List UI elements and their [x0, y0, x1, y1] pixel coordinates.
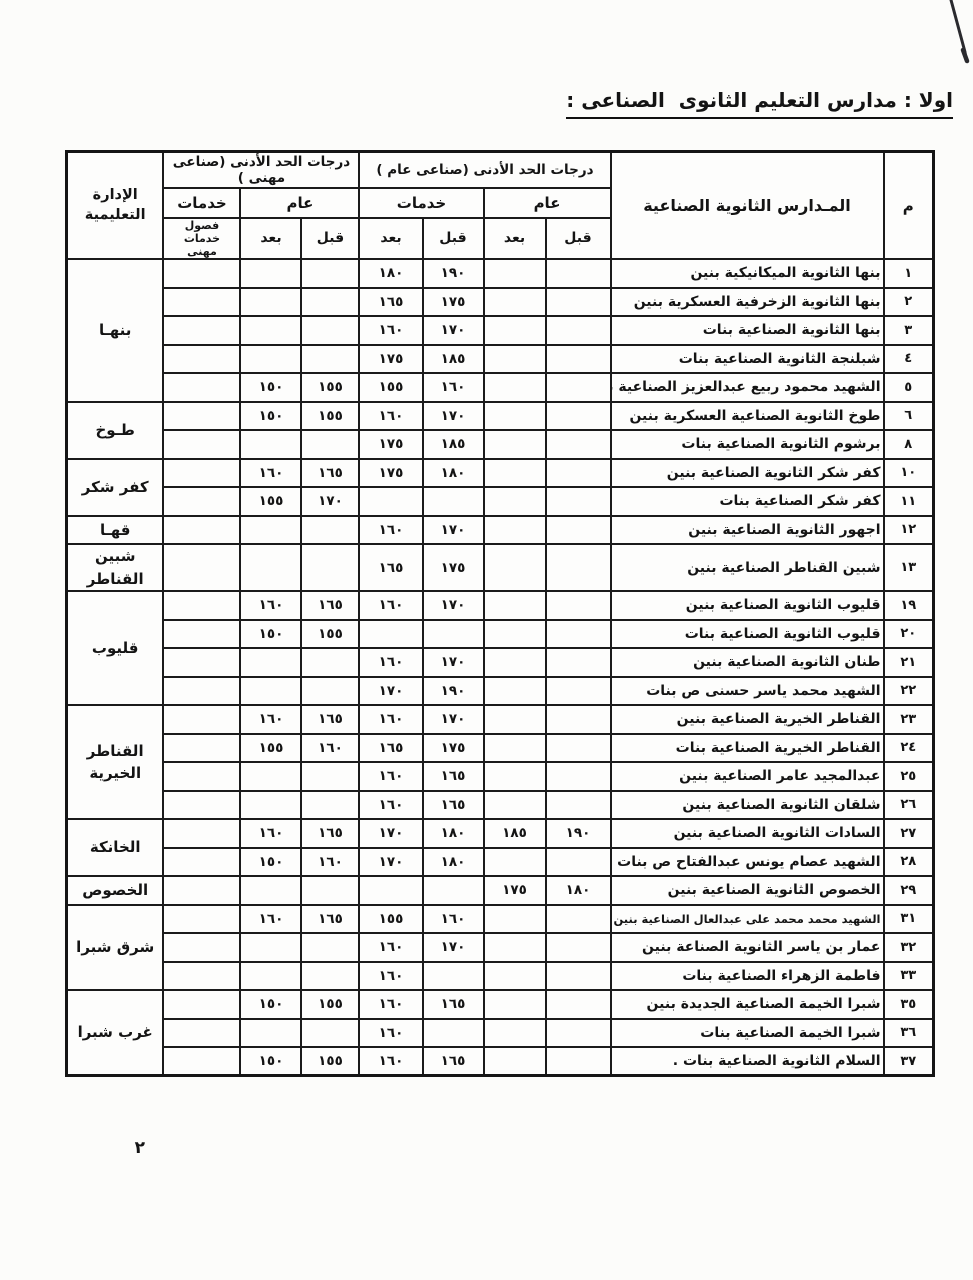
- table-row: ٢٧السادات الثانوية الصناعية بنين١٩٠١٨٥١٨…: [66, 819, 933, 848]
- general-khadamat-baad: ١٦٠: [359, 705, 422, 734]
- general-aam-baad: [484, 591, 546, 620]
- school-name: شبين القناطر الصناعية بنين: [611, 544, 884, 591]
- general-khadamat-baad: ١٦٠: [359, 962, 422, 991]
- general-khadamat-baad: ١٦٠: [359, 591, 422, 620]
- general-khadamat-baad: ١٧٥: [359, 459, 422, 488]
- general-khadamat-baad: ١٧٥: [359, 345, 422, 374]
- general-aam-baad: [484, 933, 546, 962]
- general-khadamat-qabl: ١٧٠: [423, 933, 484, 962]
- vocational-aam-qabl: ١٦٥: [301, 591, 359, 620]
- row-number: ٥: [884, 373, 934, 402]
- row-number: ١٣: [884, 544, 934, 591]
- vocational-aam-qabl: ١٥٥: [301, 990, 359, 1019]
- table-row: ٢٠قليوب الثانوية الصناعية بنات١٥٥١٥٠: [66, 620, 933, 649]
- general-aam-qabl: [546, 762, 611, 791]
- table-row: ١٢اجهور الثانوية الصناعية بنين١٧٠١٦٠قهـا: [66, 516, 933, 545]
- school-name: بنها الثانوية الصناعية بنات: [611, 316, 884, 345]
- header-general-aam: عام: [484, 188, 611, 218]
- general-aam-qabl: [546, 516, 611, 545]
- table-row: ٣٢عمار بن ياسر الثانوية الصناعة بنين١٧٠١…: [66, 933, 933, 962]
- row-number: ٣٣: [884, 962, 934, 991]
- vocational-aam-baad: ١٦٠: [240, 705, 301, 734]
- vocational-aam-baad: ١٥٠: [240, 373, 301, 402]
- vocational-fusul: [163, 591, 240, 620]
- row-number: ٣٧: [884, 1047, 934, 1076]
- general-khadamat-qabl: ١٨٠: [423, 848, 484, 877]
- school-name: القناطر الخيرية الصناعية بنين: [611, 705, 884, 734]
- general-aam-baad: [484, 1019, 546, 1048]
- table-row: ١٠كفر شكر الثانوية الصناعية بنين١٨٠١٧٥١٦…: [66, 459, 933, 488]
- vocational-fusul: [163, 819, 240, 848]
- header-vocational-aam: عام: [240, 188, 359, 218]
- vocational-aam-qabl: [301, 933, 359, 962]
- general-khadamat-qabl: ١٨٠: [423, 819, 484, 848]
- general-khadamat-qabl: ١٨٠: [423, 459, 484, 488]
- general-khadamat-qabl: ١٧٠: [423, 648, 484, 677]
- general-aam-qabl: [546, 345, 611, 374]
- general-aam-qabl: [546, 402, 611, 431]
- header-general-khadamat: خدمات: [359, 188, 483, 218]
- vocational-aam-qabl: ١٥٥: [301, 402, 359, 431]
- general-khadamat-baad: ١٦٠: [359, 990, 422, 1019]
- table-row: ٦طوخ الثانوية الصناعية العسكرية بنين١٧٠١…: [66, 402, 933, 431]
- general-aam-baad: [484, 402, 546, 431]
- general-khadamat-qabl: [423, 1019, 484, 1048]
- school-name: شبرا الخيمة الصناعية الجديدة بنين: [611, 990, 884, 1019]
- vocational-fusul: [163, 933, 240, 962]
- table-row: ٢١طنان الثانوية الصناعية بنين١٧٠١٦٠: [66, 648, 933, 677]
- general-aam-baad: [484, 259, 546, 288]
- general-aam-qabl: [546, 459, 611, 488]
- general-khadamat-baad: ١٦٥: [359, 734, 422, 763]
- vocational-aam-qabl: [301, 648, 359, 677]
- vocational-aam-baad: ١٥٥: [240, 487, 301, 516]
- general-aam-baad: [484, 487, 546, 516]
- vocational-aam-baad: ١٦٠: [240, 905, 301, 934]
- row-number: ٢٨: [884, 848, 934, 877]
- general-aam-qabl: [546, 905, 611, 934]
- vocational-aam-qabl: [301, 316, 359, 345]
- general-aam-qabl: [546, 933, 611, 962]
- general-aam-baad: [484, 316, 546, 345]
- page-title: اولا : مدارس التعليم الثانوى الصناعى :: [566, 88, 953, 119]
- header-vocational-aam-qabl: قبل: [301, 218, 359, 260]
- admin-cell: شرق شبرا: [66, 905, 163, 991]
- row-number: ١١: [884, 487, 934, 516]
- table-row: ٥الشهيد محمود ربيع عبدالعزيز الصناعية بن…: [66, 373, 933, 402]
- vocational-aam-qabl: [301, 430, 359, 459]
- general-aam-baad: [484, 516, 546, 545]
- general-khadamat-baad: ١٦٠: [359, 791, 422, 820]
- header-vocational-khadamat: خدمات: [163, 188, 240, 218]
- general-khadamat-qabl: ١٦٥: [423, 990, 484, 1019]
- schools-table: م المـدارس الثانوية الصناعية درجات الحد …: [65, 150, 935, 1077]
- vocational-fusul: [163, 848, 240, 877]
- vocational-aam-baad: [240, 791, 301, 820]
- vocational-fusul: [163, 734, 240, 763]
- table-row: ٣٥شبرا الخيمة الصناعية الجديدة بنين١٦٥١٦…: [66, 990, 933, 1019]
- vocational-aam-baad: ١٥٥: [240, 734, 301, 763]
- general-khadamat-qabl: ١٧٥: [423, 544, 484, 591]
- school-name: قليوب الثانوية الصناعية بنين: [611, 591, 884, 620]
- general-khadamat-baad: ١٧٠: [359, 819, 422, 848]
- general-aam-baad: [484, 1047, 546, 1076]
- general-aam-baad: [484, 905, 546, 934]
- general-aam-qabl: [546, 990, 611, 1019]
- general-aam-baad: [484, 648, 546, 677]
- row-number: ٣٢: [884, 933, 934, 962]
- general-khadamat-qabl: ١٨٥: [423, 430, 484, 459]
- vocational-aam-baad: [240, 316, 301, 345]
- vocational-aam-baad: ١٥٠: [240, 620, 301, 649]
- general-khadamat-qabl: [423, 876, 484, 905]
- header-schools: المـدارس الثانوية الصناعية: [611, 152, 884, 260]
- table-row: ١٩قليوب الثانوية الصناعية بنين١٧٠١٦٠١٦٥١…: [66, 591, 933, 620]
- general-aam-baad: [484, 373, 546, 402]
- admin-cell: غرب شبرا: [66, 990, 163, 1076]
- vocational-aam-qabl: [301, 259, 359, 288]
- general-aam-qabl: [546, 544, 611, 591]
- school-name: القناطر الخيرية الصناعية بنات: [611, 734, 884, 763]
- admin-cell: بنهـا: [66, 259, 163, 402]
- school-name: طنان الثانوية الصناعية بنين: [611, 648, 884, 677]
- general-aam-qabl: [546, 373, 611, 402]
- pen-stroke: [873, 0, 973, 75]
- vocational-fusul: [163, 487, 240, 516]
- row-number: ٣٥: [884, 990, 934, 1019]
- general-khadamat-qabl: ١٧٠: [423, 591, 484, 620]
- general-aam-qabl: [546, 962, 611, 991]
- general-aam-baad: [484, 734, 546, 763]
- table-row: ٢٤القناطر الخيرية الصناعية بنات١٧٥١٦٥١٦٠…: [66, 734, 933, 763]
- row-number: ١: [884, 259, 934, 288]
- admin-cell: طـوخ: [66, 402, 163, 459]
- table-row: ١٣شبين القناطر الصناعية بنين١٧٥١٦٥شبين ا…: [66, 544, 933, 591]
- header-vocational-aam-baad: بعد: [240, 218, 301, 260]
- general-khadamat-baad: ١٦٠: [359, 762, 422, 791]
- header-number: م: [884, 152, 934, 260]
- general-aam-qabl: [546, 430, 611, 459]
- general-khadamat-baad: [359, 876, 422, 905]
- school-name: برشوم الثانوية الصناعية بنات: [611, 430, 884, 459]
- vocational-fusul: [163, 990, 240, 1019]
- header-admin: الإدارة التعليمية: [66, 152, 163, 260]
- general-aam-qabl: [546, 591, 611, 620]
- vocational-fusul: [163, 648, 240, 677]
- general-aam-qabl: ١٩٠: [546, 819, 611, 848]
- row-number: ٣٦: [884, 1019, 934, 1048]
- vocational-aam-qabl: ١٥٥: [301, 1047, 359, 1076]
- general-aam-baad: [484, 544, 546, 591]
- vocational-aam-baad: ١٥٠: [240, 990, 301, 1019]
- vocational-fusul: [163, 373, 240, 402]
- general-aam-qabl: [546, 487, 611, 516]
- general-khadamat-qabl: ١٧٠: [423, 705, 484, 734]
- vocational-aam-qabl: ١٦٠: [301, 848, 359, 877]
- vocational-fusul: [163, 905, 240, 934]
- table-row: ٢٦شلقان الثانوية الصناعية بنين١٦٥١٦٠: [66, 791, 933, 820]
- school-name: كفر شكر الصناعية بنات: [611, 487, 884, 516]
- school-name: شلقان الثانوية الصناعية بنين: [611, 791, 884, 820]
- general-aam-qabl: [546, 1019, 611, 1048]
- vocational-fusul: [163, 316, 240, 345]
- row-number: ٨: [884, 430, 934, 459]
- table-row: ٢٨الشهيد عصام يونس عبدالفتاح ص بنات١٨٠١٧…: [66, 848, 933, 877]
- admin-cell: قهـا: [66, 516, 163, 545]
- vocational-fusul: [163, 962, 240, 991]
- vocational-aam-baad: [240, 962, 301, 991]
- table-row: ١١كفر شكر الصناعية بنات١٧٠١٥٥: [66, 487, 933, 516]
- admin-cell: كفر شكر: [66, 459, 163, 516]
- general-khadamat-qabl: [423, 487, 484, 516]
- general-khadamat-baad: ١٥٥: [359, 905, 422, 934]
- vocational-fusul: [163, 544, 240, 591]
- vocational-fusul: [163, 288, 240, 317]
- admin-cell: قليوب: [66, 591, 163, 705]
- vocational-fusul: [163, 516, 240, 545]
- general-khadamat-qabl: [423, 962, 484, 991]
- document-page: اولا : مدارس التعليم الثانوى الصناعى : م…: [0, 0, 973, 1280]
- general-aam-baad: [484, 620, 546, 649]
- vocational-fusul: [163, 876, 240, 905]
- school-name: قليوب الثانوية الصناعية بنات: [611, 620, 884, 649]
- row-number: ٢١: [884, 648, 934, 677]
- vocational-aam-baad: [240, 259, 301, 288]
- vocational-fusul: [163, 762, 240, 791]
- school-name: الشهيد محمد محمد على عبدالعال الصناعية ب…: [611, 905, 884, 934]
- row-number: ٣: [884, 316, 934, 345]
- vocational-aam-qabl: [301, 791, 359, 820]
- row-number: ٢٢: [884, 677, 934, 706]
- general-aam-qabl: [546, 734, 611, 763]
- general-khadamat-qabl: ١٩٠: [423, 259, 484, 288]
- general-aam-baad: ١٧٥: [484, 876, 546, 905]
- vocational-aam-qabl: [301, 288, 359, 317]
- vocational-aam-baad: [240, 516, 301, 545]
- general-aam-baad: [484, 962, 546, 991]
- general-khadamat-baad: ١٦٥: [359, 544, 422, 591]
- vocational-fusul: [163, 791, 240, 820]
- school-name: عبدالمجيد عامر الصناعية بنين: [611, 762, 884, 791]
- vocational-fusul: [163, 459, 240, 488]
- general-aam-qabl: [546, 705, 611, 734]
- vocational-aam-baad: [240, 677, 301, 706]
- row-number: ٢٥: [884, 762, 934, 791]
- school-name: السادات الثانوية الصناعية بنين: [611, 819, 884, 848]
- vocational-fusul: [163, 402, 240, 431]
- row-number: ٢٦: [884, 791, 934, 820]
- vocational-fusul: [163, 1047, 240, 1076]
- general-khadamat-qabl: ١٦٠: [423, 905, 484, 934]
- row-number: ٢٧: [884, 819, 934, 848]
- vocational-aam-qabl: [301, 544, 359, 591]
- table-row: ٢٩الخصوص الثانوية الصناعية بنين١٨٠١٧٥الخ…: [66, 876, 933, 905]
- general-aam-baad: [484, 705, 546, 734]
- general-khadamat-baad: ١٦٠: [359, 1047, 422, 1076]
- general-khadamat-baad: ١٦٠: [359, 933, 422, 962]
- vocational-fusul: [163, 1019, 240, 1048]
- vocational-aam-qabl: ١٥٥: [301, 620, 359, 649]
- admin-cell: الخانكة: [66, 819, 163, 876]
- general-aam-baad: [484, 762, 546, 791]
- table-row: ٢بنها الثانوية الزخرفية العسكرية بنين١٧٥…: [66, 288, 933, 317]
- school-name: شبرا الخيمة الصناعية بنات: [611, 1019, 884, 1048]
- school-name: كفر شكر الثانوية الصناعية بنين: [611, 459, 884, 488]
- general-aam-qabl: [546, 848, 611, 877]
- school-name: فاطمة الزهراء الصناعية بنات: [611, 962, 884, 991]
- header-general-khadamat-baad: بعد: [359, 218, 422, 260]
- school-name: اجهور الثانوية الصناعية بنين: [611, 516, 884, 545]
- vocational-aam-baad: [240, 876, 301, 905]
- general-aam-baad: [484, 677, 546, 706]
- vocational-aam-baad: ١٦٠: [240, 459, 301, 488]
- general-aam-qabl: [546, 791, 611, 820]
- school-name: بنها الثانوية الميكانيكية بنين: [611, 259, 884, 288]
- table-body: ١بنها الثانوية الميكانيكية بنين١٩٠١٨٠بنه…: [66, 259, 933, 1076]
- row-number: ٢٩: [884, 876, 934, 905]
- school-name: شبلنجة الثانوية الصناعية بنات: [611, 345, 884, 374]
- vocational-aam-qabl: [301, 516, 359, 545]
- table-row: ٢٥عبدالمجيد عامر الصناعية بنين١٦٥١٦٠: [66, 762, 933, 791]
- general-khadamat-qabl: ١٧٥: [423, 734, 484, 763]
- general-khadamat-baad: [359, 487, 422, 516]
- header-fusul: فصول خدمات مهنى: [163, 218, 240, 260]
- vocational-aam-baad: [240, 430, 301, 459]
- vocational-aam-qabl: [301, 962, 359, 991]
- vocational-aam-qabl: ١٦٥: [301, 705, 359, 734]
- general-khadamat-qabl: ١٦٥: [423, 791, 484, 820]
- general-khadamat-qabl: ١٦٠: [423, 373, 484, 402]
- vocational-fusul: [163, 345, 240, 374]
- table-row: ٨برشوم الثانوية الصناعية بنات١٨٥١٧٥: [66, 430, 933, 459]
- general-khadamat-baad: ١٧٠: [359, 848, 422, 877]
- row-number: ١٠: [884, 459, 934, 488]
- vocational-aam-qabl: ١٥٥: [301, 373, 359, 402]
- vocational-aam-qabl: ١٦٥: [301, 819, 359, 848]
- vocational-aam-baad: [240, 762, 301, 791]
- general-aam-baad: [484, 990, 546, 1019]
- general-khadamat-baad: ١٦٠: [359, 1019, 422, 1048]
- vocational-aam-baad: [240, 648, 301, 677]
- general-khadamat-baad: ١٥٥: [359, 373, 422, 402]
- general-aam-qabl: [546, 316, 611, 345]
- general-khadamat-baad: [359, 620, 422, 649]
- general-khadamat-baad: ١٦٠: [359, 316, 422, 345]
- admin-cell: الخصوص: [66, 876, 163, 905]
- general-aam-qabl: [546, 620, 611, 649]
- vocational-aam-baad: ١٥٠: [240, 1047, 301, 1076]
- header-general-section: درجات الحد الأدنى (صناعى عام ): [359, 152, 610, 188]
- general-aam-qabl: [546, 1047, 611, 1076]
- vocational-aam-qabl: [301, 762, 359, 791]
- general-khadamat-baad: ١٦٠: [359, 648, 422, 677]
- general-aam-qabl: [546, 288, 611, 317]
- general-khadamat-qabl: ١٩٠: [423, 677, 484, 706]
- general-khadamat-qabl: ١٦٥: [423, 762, 484, 791]
- vocational-aam-qabl: [301, 876, 359, 905]
- row-number: ٦: [884, 402, 934, 431]
- table-row: ٣بنها الثانوية الصناعية بنات١٧٠١٦٠: [66, 316, 933, 345]
- vocational-aam-qabl: [301, 677, 359, 706]
- row-number: ٤: [884, 345, 934, 374]
- school-name: عمار بن ياسر الثانوية الصناعة بنين: [611, 933, 884, 962]
- general-khadamat-qabl: ١٧٥: [423, 288, 484, 317]
- general-khadamat-qabl: [423, 620, 484, 649]
- school-name: الخصوص الثانوية الصناعية بنين: [611, 876, 884, 905]
- general-aam-baad: [484, 848, 546, 877]
- table-row: ٣٧السلام الثانوية الصناعية بنات .١٦٥١٦٠١…: [66, 1047, 933, 1076]
- vocational-aam-baad: [240, 1019, 301, 1048]
- general-aam-qabl: ١٨٠: [546, 876, 611, 905]
- vocational-aam-baad: ١٦٠: [240, 591, 301, 620]
- general-khadamat-baad: ١٦٥: [359, 288, 422, 317]
- vocational-fusul: [163, 430, 240, 459]
- header-vocational-section: درجات الحد الأدنى (صناعى مهنى ): [163, 152, 359, 188]
- general-aam-qabl: [546, 677, 611, 706]
- row-number: ٣١: [884, 905, 934, 934]
- table-row: ٣٦شبرا الخيمة الصناعية بنات١٦٠: [66, 1019, 933, 1048]
- row-number: ٢٣: [884, 705, 934, 734]
- general-khadamat-qabl: ١٧٠: [423, 316, 484, 345]
- general-khadamat-qabl: ١٨٥: [423, 345, 484, 374]
- header-general-aam-qabl: قبل: [546, 218, 611, 260]
- vocational-fusul: [163, 259, 240, 288]
- school-name: الشهيد محمود ربيع عبدالعزيز الصناعية بنا…: [611, 373, 884, 402]
- table-row: ٣١الشهيد محمد محمد على عبدالعال الصناعية…: [66, 905, 933, 934]
- general-khadamat-baad: ١٦٠: [359, 402, 422, 431]
- vocational-aam-baad: [240, 933, 301, 962]
- vocational-aam-baad: ١٥٠: [240, 402, 301, 431]
- general-aam-qabl: [546, 648, 611, 677]
- general-aam-qabl: [546, 259, 611, 288]
- general-aam-baad: [484, 459, 546, 488]
- vocational-aam-qabl: ١٦٥: [301, 459, 359, 488]
- vocational-aam-baad: [240, 345, 301, 374]
- vocational-fusul: [163, 620, 240, 649]
- general-khadamat-baad: ١٧٠: [359, 677, 422, 706]
- school-name: طوخ الثانوية الصناعية العسكرية بنين: [611, 402, 884, 431]
- general-khadamat-qabl: ١٧٠: [423, 516, 484, 545]
- header-general-khadamat-qabl: قبل: [423, 218, 484, 260]
- vocational-aam-baad: [240, 544, 301, 591]
- vocational-aam-qabl: [301, 345, 359, 374]
- general-khadamat-baad: ١٧٥: [359, 430, 422, 459]
- general-aam-baad: [484, 345, 546, 374]
- vocational-aam-baad: ١٥٠: [240, 848, 301, 877]
- general-khadamat-baad: ١٦٠: [359, 516, 422, 545]
- general-khadamat-qabl: ١٦٥: [423, 1047, 484, 1076]
- table-row: ٢٣القناطر الخيرية الصناعية بنين١٧٠١٦٠١٦٥…: [66, 705, 933, 734]
- general-khadamat-qabl: ١٧٠: [423, 402, 484, 431]
- table-row: ٢٢الشهيد محمد ياسر حسنى ص بنات١٩٠١٧٠: [66, 677, 933, 706]
- school-name: الشهيد عصام يونس عبدالفتاح ص بنات: [611, 848, 884, 877]
- vocational-fusul: [163, 677, 240, 706]
- admin-cell: القناطر الخيرية: [66, 705, 163, 819]
- row-number: ٢٤: [884, 734, 934, 763]
- table-row: ٤شبلنجة الثانوية الصناعية بنات١٨٥١٧٥: [66, 345, 933, 374]
- general-aam-baad: [484, 288, 546, 317]
- row-number: ١٩: [884, 591, 934, 620]
- vocational-aam-qabl: ١٦٠: [301, 734, 359, 763]
- general-khadamat-baad: ١٨٠: [359, 259, 422, 288]
- page-number: ٢: [135, 1138, 145, 1158]
- admin-cell: شبين القناطر: [66, 544, 163, 591]
- table-row: ١بنها الثانوية الميكانيكية بنين١٩٠١٨٠بنه…: [66, 259, 933, 288]
- vocational-aam-qabl: ١٧٠: [301, 487, 359, 516]
- school-name: بنها الثانوية الزخرفية العسكرية بنين: [611, 288, 884, 317]
- row-number: ١٢: [884, 516, 934, 545]
- table-header: م المـدارس الثانوية الصناعية درجات الحد …: [66, 152, 933, 260]
